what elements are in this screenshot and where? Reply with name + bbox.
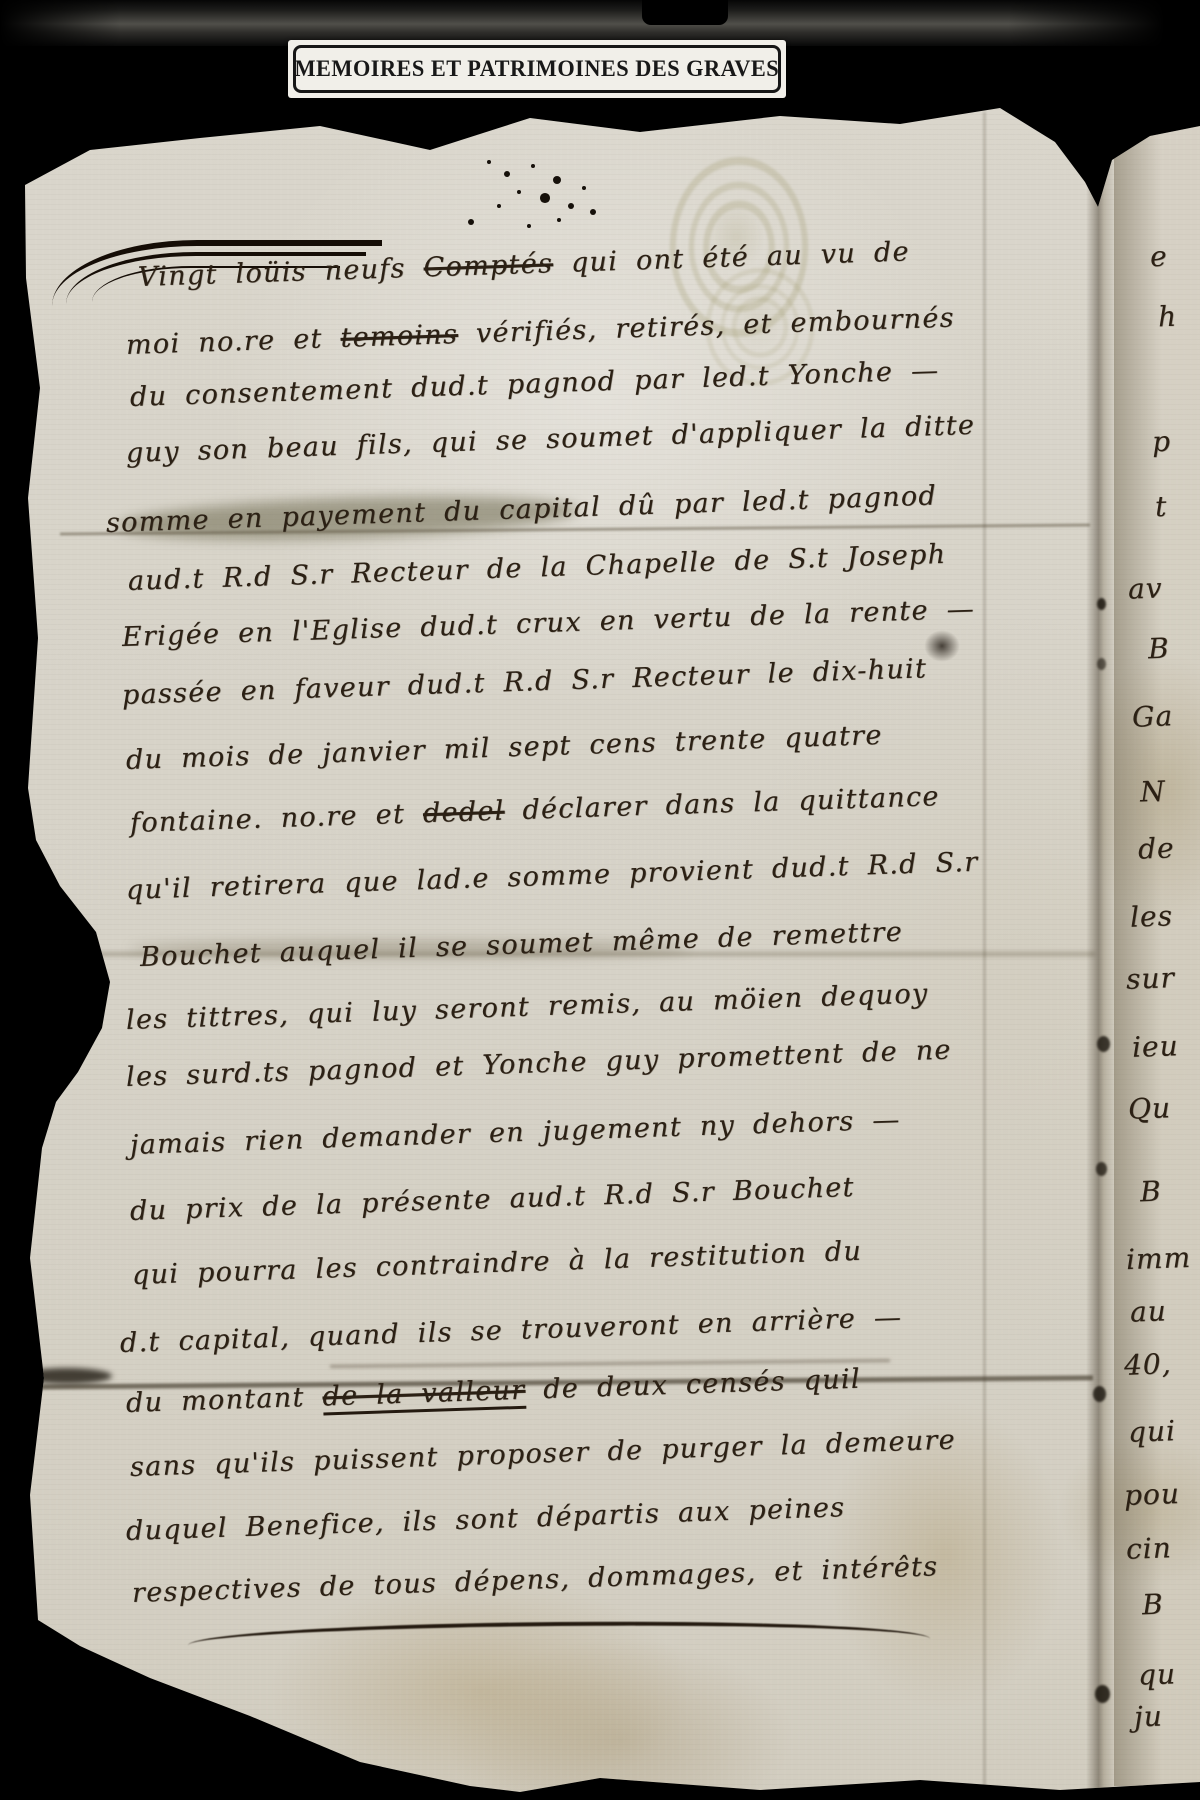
- adjacent-page-fragment: B: [1147, 632, 1170, 666]
- adjacent-page-fragment: imm: [1125, 1241, 1191, 1276]
- adjacent-page-fragment: sur: [1125, 961, 1175, 996]
- manuscript-page: Vingt loüis neufs Comptés qui ont été au…: [0, 0, 1200, 1800]
- page-fold-spine: [1086, 112, 1116, 1800]
- vertical-fold-line: [983, 112, 986, 1792]
- adjacent-page-fragment: B: [1141, 1588, 1164, 1622]
- line-segment: du montant: [125, 1381, 322, 1419]
- adjacent-page-fragment: e: [1149, 240, 1168, 274]
- adjacent-page-fragment: 40,: [1123, 1347, 1172, 1382]
- fold-crease-3-dark-edge: [22, 1368, 112, 1384]
- adjacent-page-fragment: Ga: [1131, 699, 1173, 733]
- spine-ink-spots: [1097, 598, 1106, 610]
- struck-word: temoins: [340, 319, 459, 354]
- adjacent-page-fragment: N: [1139, 775, 1166, 809]
- adjacent-page-fragment: ju: [1133, 1700, 1163, 1734]
- framed-manuscript-photo: MEMOIRES ET PATRIMOINES DES GRAVES Vingt…: [0, 0, 1200, 1800]
- ink-speckles: [487, 160, 491, 164]
- adjacent-page-fragment: les: [1129, 899, 1173, 933]
- adjacent-page-fragment: qui: [1127, 1414, 1176, 1449]
- adjacent-page-fragment: t: [1154, 490, 1167, 523]
- ink-blot: [924, 630, 960, 662]
- adjacent-page-fragment: Qu: [1127, 1091, 1171, 1125]
- adjacent-page-fragment: h: [1157, 300, 1177, 334]
- frame-clip: [642, 0, 728, 25]
- archive-label: MEMOIRES ET PATRIMOINES DES GRAVES: [288, 40, 786, 98]
- struck-word: dedel: [422, 796, 505, 830]
- adjacent-page-fragment: de: [1137, 831, 1175, 865]
- adjacent-page-fragment: ieu: [1131, 1029, 1179, 1064]
- archive-label-text: MEMOIRES ET PATRIMOINES DES GRAVES: [295, 56, 780, 82]
- adjacent-page-fragment: B: [1139, 1175, 1162, 1209]
- adjacent-page-fragment: au: [1129, 1294, 1167, 1328]
- struck-word: Comptés: [423, 248, 554, 283]
- struck-word: de la valleur: [322, 1375, 526, 1416]
- adjacent-page-fragment: qu: [1137, 1657, 1176, 1691]
- adjacent-page-fragment: cin: [1125, 1531, 1172, 1566]
- adjacent-page-fragment: p: [1151, 425, 1171, 459]
- adjacent-page-fragment: av: [1127, 571, 1163, 605]
- archive-label-border: MEMOIRES ET PATRIMOINES DES GRAVES: [293, 45, 781, 93]
- adjacent-page-fragment: pou: [1123, 1477, 1180, 1512]
